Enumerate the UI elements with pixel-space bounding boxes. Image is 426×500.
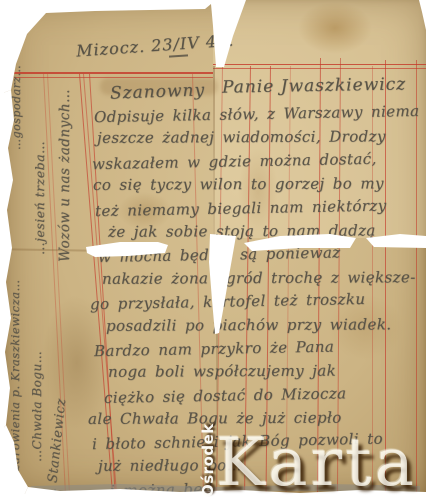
letter-scan: Mizocz. 23/IV 42. Szanowny Panie Jwaszki… [0, 0, 426, 500]
ruled-line-tick [229, 0, 230, 13]
salutation-word: Szanowny [110, 80, 206, 103]
margin-note: …jesień trzeba… [32, 141, 47, 255]
margin-note: …pozdrowienia p. Kraszkiewicza… [8, 280, 22, 498]
handwritten-line: co się tyczy wilon to gorzej bo my [88, 172, 426, 197]
margin-note: …gospodarz… [10, 65, 23, 150]
watermark-logo-text: Karta [216, 424, 417, 500]
salutation-name: Panie Jwaszkiewicz [222, 74, 406, 97]
margin-note: Wozów u nas żadnych… [57, 89, 73, 262]
watermark-org-label: Ośrodek [199, 423, 217, 497]
handwritten-line: go przysłała, kartofel też troszku [88, 287, 426, 317]
ruled-line-tick [233, 0, 234, 13]
margin-note: …Chwała Bogu… [30, 351, 44, 462]
